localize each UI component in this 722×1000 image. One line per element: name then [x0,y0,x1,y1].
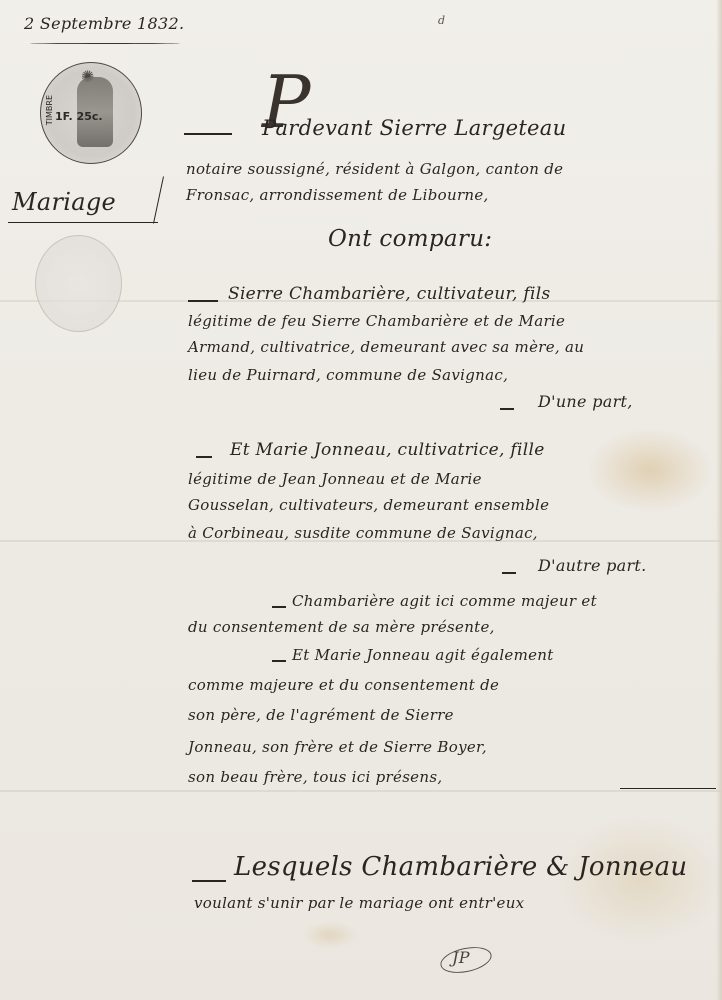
paper-edge [716,0,722,1000]
line-filler [620,788,716,789]
doc-line: lieu de Puirnard, commune de Savignac, [188,366,508,384]
doc-line: Chambarière agit ici comme majeur et [292,592,597,610]
doc-line: voulant s'unir par le mariage ont entr'e… [194,894,524,912]
embossed-seal [35,235,122,332]
margin-title-underline [8,222,158,223]
doc-line: D'une part, [538,392,633,411]
corner-mark: d [438,14,445,27]
doc-line: à Corbineau, susdite commune de Savignac… [188,524,538,542]
doc-line: D'autre part. [538,556,647,575]
dash [502,572,516,574]
margin-title-divider [153,176,164,223]
dash [192,880,226,882]
stamp-label: TIMBRE [45,95,54,125]
doc-line: comme majeure et du consentement de [188,676,499,694]
doc-line: Gousselan, cultivateurs, demeurant ensem… [188,496,549,514]
document-page: 2 Septembre 1832. d ✺ TIMBRE 1F. 25c. Ma… [0,0,722,1000]
margin-title: Mariage [12,188,116,216]
dash [272,606,286,608]
doc-line: du consentement de sa mère présente, [188,618,495,636]
doc-line: Armand, cultivatrice, demeurant avec sa … [188,338,584,356]
doc-line: son père, de l'agrément de Sierre [188,706,454,724]
section-heading: Ont comparu: [328,226,492,252]
dash [272,660,286,662]
doc-line: Lesquels Chambarière & Jonneau [234,852,687,882]
dash [184,133,232,135]
doc-line: légitime de feu Sierre Chambarière et de… [188,312,565,330]
stamp-price: 1F. 25c. [55,111,103,123]
dash [196,456,212,458]
paraph-initials: JP [452,948,470,967]
doc-line: Jonneau, son frère et de Sierre Boyer, [188,738,487,756]
doc-line: Pardevant Sierre Largeteau [262,116,566,140]
document-date: 2 Septembre 1832. [24,14,184,33]
doc-line: Et Marie Jonneau agit également [292,646,554,664]
doc-line: notaire soussigné, résident à Galgon, ca… [186,160,563,178]
dash [500,408,514,410]
doc-line: légitime de Jean Jonneau et de Marie [188,470,482,488]
paper-fold [0,790,722,792]
tax-stamp: ✺ TIMBRE 1F. 25c. [40,62,142,164]
doc-line: Fronsac, arrondissement de Libourne, [186,186,489,204]
date-underline [30,42,180,44]
doc-line: Sierre Chambarière, cultivateur, fils [228,284,551,304]
doc-line: son beau frère, tous ici présens, [188,768,442,786]
dash [188,300,218,302]
doc-line: Et Marie Jonneau, cultivatrice, fille [230,440,545,460]
